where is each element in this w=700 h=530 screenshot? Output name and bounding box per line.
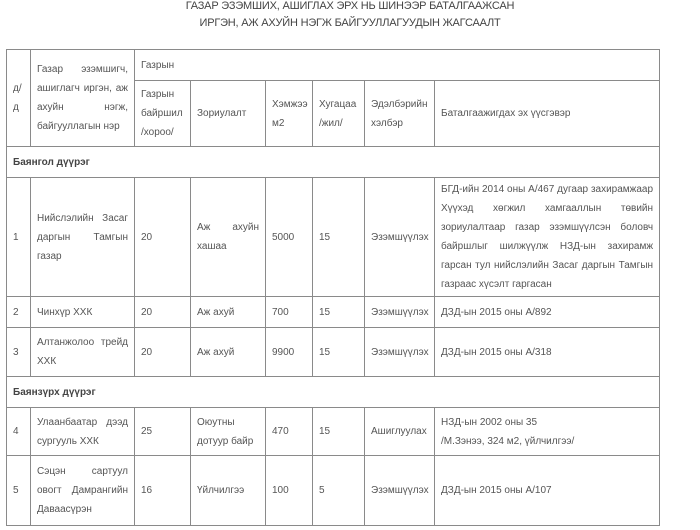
- cell-size: 100: [266, 456, 313, 526]
- district-row: Баянзүрх дүүрэг: [7, 377, 660, 408]
- cell-no: 2: [7, 297, 31, 328]
- cell-ownership: Эзэмшүүлэх: [365, 328, 435, 377]
- source-line-2: /М.Зэнээ, 324 м2, үйлчилгээ/: [441, 432, 653, 451]
- district-name: Баянзүрх дүүрэг: [7, 377, 660, 408]
- header-land-group: Газрын: [135, 50, 660, 81]
- header-size: Хэмжээ м2: [266, 81, 313, 147]
- header-purpose: Зориулалт: [191, 81, 266, 147]
- cell-location: 20: [135, 297, 191, 328]
- cell-duration: 5: [313, 456, 365, 526]
- cell-source: ДЗД-ын 2015 оны А/892: [435, 297, 660, 328]
- table-row: 4 Улаанбаатар дээд сургууль ХХК 25 Оюутн…: [7, 408, 660, 456]
- cell-location: 16: [135, 456, 191, 526]
- cell-size: 470: [266, 408, 313, 456]
- cell-duration: 15: [313, 328, 365, 377]
- land-rights-table: д/д Газар эзэмшигч, ашиглагч иргэн, аж а…: [6, 49, 660, 526]
- cell-no: 5: [7, 456, 31, 526]
- cell-size: 700: [266, 297, 313, 328]
- cell-size: 5000: [266, 178, 313, 297]
- cell-purpose: Аж ахуй: [191, 297, 266, 328]
- document-title-line-1: ГАЗАР ЭЗЭМШИХ, АШИГЛАХ ЭРХ НЬ ШИНЭЭР БАТ…: [0, 0, 700, 12]
- cell-holder: Чинхүр ХХК: [31, 297, 135, 328]
- cell-no: 4: [7, 408, 31, 456]
- cell-location: 25: [135, 408, 191, 456]
- cell-ownership: Эзэмшүүлэх: [365, 297, 435, 328]
- cell-duration: 15: [313, 178, 365, 297]
- cell-duration: 15: [313, 297, 365, 328]
- cell-purpose: Аж ахуйн хашаа: [191, 178, 266, 297]
- header-no: д/д: [7, 50, 31, 147]
- header-ownership: Эдэлбэрийн хэлбэр: [365, 81, 435, 147]
- cell-ownership: Эзэмшүүлэх: [365, 178, 435, 297]
- cell-holder: Нийслэлийн Засаг даргын Тамгын газар: [31, 178, 135, 297]
- document-title-line-2: ИРГЭН, АЖ АХУЙН НЭГЖ БАЙГУУЛЛАГУУДЫН ЖАГ…: [0, 17, 700, 29]
- cell-no: 1: [7, 178, 31, 297]
- header-duration: Хугацаа /жил/: [313, 81, 365, 147]
- cell-duration: 15: [313, 408, 365, 456]
- cell-no: 3: [7, 328, 31, 377]
- cell-location: 20: [135, 328, 191, 377]
- cell-holder: Алтанжолоо трейд ХХК: [31, 328, 135, 377]
- cell-ownership: Эзэмшүүлэх: [365, 456, 435, 526]
- source-line-1: НЗД-ын 2002 оны 35: [441, 413, 653, 432]
- district-name: Баянгол дүүрэг: [7, 147, 660, 178]
- cell-source: ДЗД-ын 2015 оны А/107: [435, 456, 660, 526]
- header-source: Баталгаажигдах эх үүсгэвэр: [435, 81, 660, 147]
- cell-size: 9900: [266, 328, 313, 377]
- header-holder: Газар эзэмшигч, ашиглагч иргэн, аж ахуйн…: [31, 50, 135, 147]
- cell-source: БГД-ийн 2014 оны А/467 дугаар захирамжаа…: [435, 178, 660, 297]
- table-row: 5 Сэцэн сартуул овогт Дамрангийн Даваасү…: [7, 456, 660, 526]
- district-row: Баянгол дүүрэг: [7, 147, 660, 178]
- cell-ownership: Ашиглуулах: [365, 408, 435, 456]
- cell-holder: Сэцэн сартуул овогт Дамрангийн Даваасүрэ…: [31, 456, 135, 526]
- cell-holder: Улаанбаатар дээд сургууль ХХК: [31, 408, 135, 456]
- cell-source: ДЗД-ын 2015 оны А/318: [435, 328, 660, 377]
- table-row: 1 Нийслэлийн Засаг даргын Тамгын газар 2…: [7, 178, 660, 297]
- header-location: Газрын байршил /хороо/: [135, 81, 191, 147]
- cell-purpose: Оюутны дотуур байр: [191, 408, 266, 456]
- table-row: 2 Чинхүр ХХК 20 Аж ахуй 700 15 Эзэмшүүлэ…: [7, 297, 660, 328]
- table-row: 3 Алтанжолоо трейд ХХК 20 Аж ахуй 9900 1…: [7, 328, 660, 377]
- cell-source: НЗД-ын 2002 оны 35 /М.Зэнээ, 324 м2, үйл…: [435, 408, 660, 456]
- cell-location: 20: [135, 178, 191, 297]
- table-header-row: д/д Газар эзэмшигч, ашиглагч иргэн, аж а…: [7, 50, 660, 81]
- cell-purpose: Үйлчилгээ: [191, 456, 266, 526]
- cell-purpose: Аж ахуй: [191, 328, 266, 377]
